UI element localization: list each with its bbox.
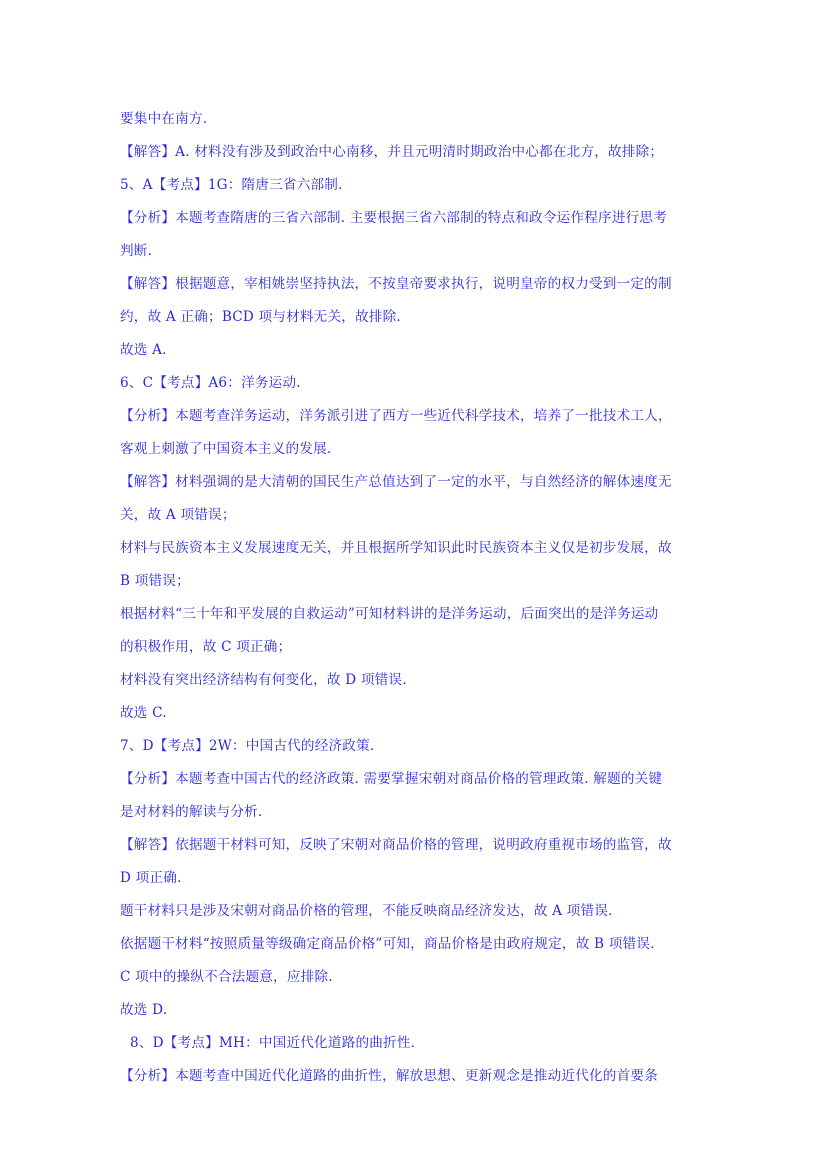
text-line: 6、C【考点】A6：洋务运动. [120,374,301,392]
text-line: 故选 C. [120,704,167,722]
text-line: B 项错误； [120,572,190,590]
text-line: 材料没有突出经济结构有何变化，故 D 项错误. [120,671,407,689]
text-line: D 项正确. [120,869,182,887]
text-line: 根据材料“三十年和平发展的自救运动”可知材料讲的是洋务运动，后面突出的是洋务运动 [120,605,658,623]
text-line: 要集中在南方. [120,110,207,128]
text-line: 【解答】根据题意，宰相姚崇坚持执法，不按皇帝要求执行，说明皇帝的权力受到一定的制 [120,275,672,293]
text-line: 【分析】本题考查洋务运动，洋务派引进了西方一些近代科学技术，培养了一批技术工人， [120,407,672,425]
text-line: 【解答】材料强调的是大清朝的国民生产总值达到了一定的水平，与自然经济的解体速度无 [120,473,672,491]
text-line: 故选 A. [120,341,167,359]
text-line: 【解答】A. 材料没有涉及到政治中心南移，并且元明清时期政治中心都在北方，故排除… [120,143,663,161]
text-line: 关，故 A 项错误； [120,506,236,524]
text-line: 5、A【考点】1G：隋唐三省六部制. [120,176,343,194]
text-line: 【分析】本题考查隋唐的三省六部制. 主要根据三省六部制的特点和政令运作程序进行思… [120,209,667,227]
text-line: 材料与民族资本主义发展速度无关，并且根据所学知识此时民族资本主义仅是初步发展，故 [120,539,672,557]
text-line: 8、D【考点】MH：中国近代化道路的曲折性. [130,1034,415,1052]
text-line: 客观上刺激了中国资本主义的发展. [120,440,331,458]
text-line: 7、D【考点】2W：中国古代的经济政策. [120,737,374,755]
text-line: 依据题干材料“按照质量等级确定商品价格”可知，商品价格是由政府规定，故 B 项错… [120,935,655,953]
text-line: 【解答】依据题干材料可知，反映了宋朝对商品价格的管理，说明政府重视市场的监管，故 [120,836,672,854]
text-line: 【分析】本题考查中国古代的经济政策. 需要掌握宋朝对商品价格的管理政策. 解题的… [120,770,662,788]
text-line: 故选 D. [120,1001,167,1019]
text-line: 的积极作用，故 C 项正确； [120,638,291,656]
text-line: 是对材料的解读与分析. [120,803,262,821]
text-line: 约，故 A 正确；BCD 项与材料无关，故排除. [120,308,401,326]
text-line: 【分析】本题考查中国近代化道路的曲折性，解放思想、更新观念是推动近代化的首要条 [120,1067,658,1085]
text-line: 题干材料只是涉及宋朝对商品价格的管理，不能反映商品经济发达，故 A 项错误. [120,902,613,920]
text-line: C 项中的操纵不合法题意，应排除. [120,968,333,986]
text-line: 判断. [120,242,152,260]
